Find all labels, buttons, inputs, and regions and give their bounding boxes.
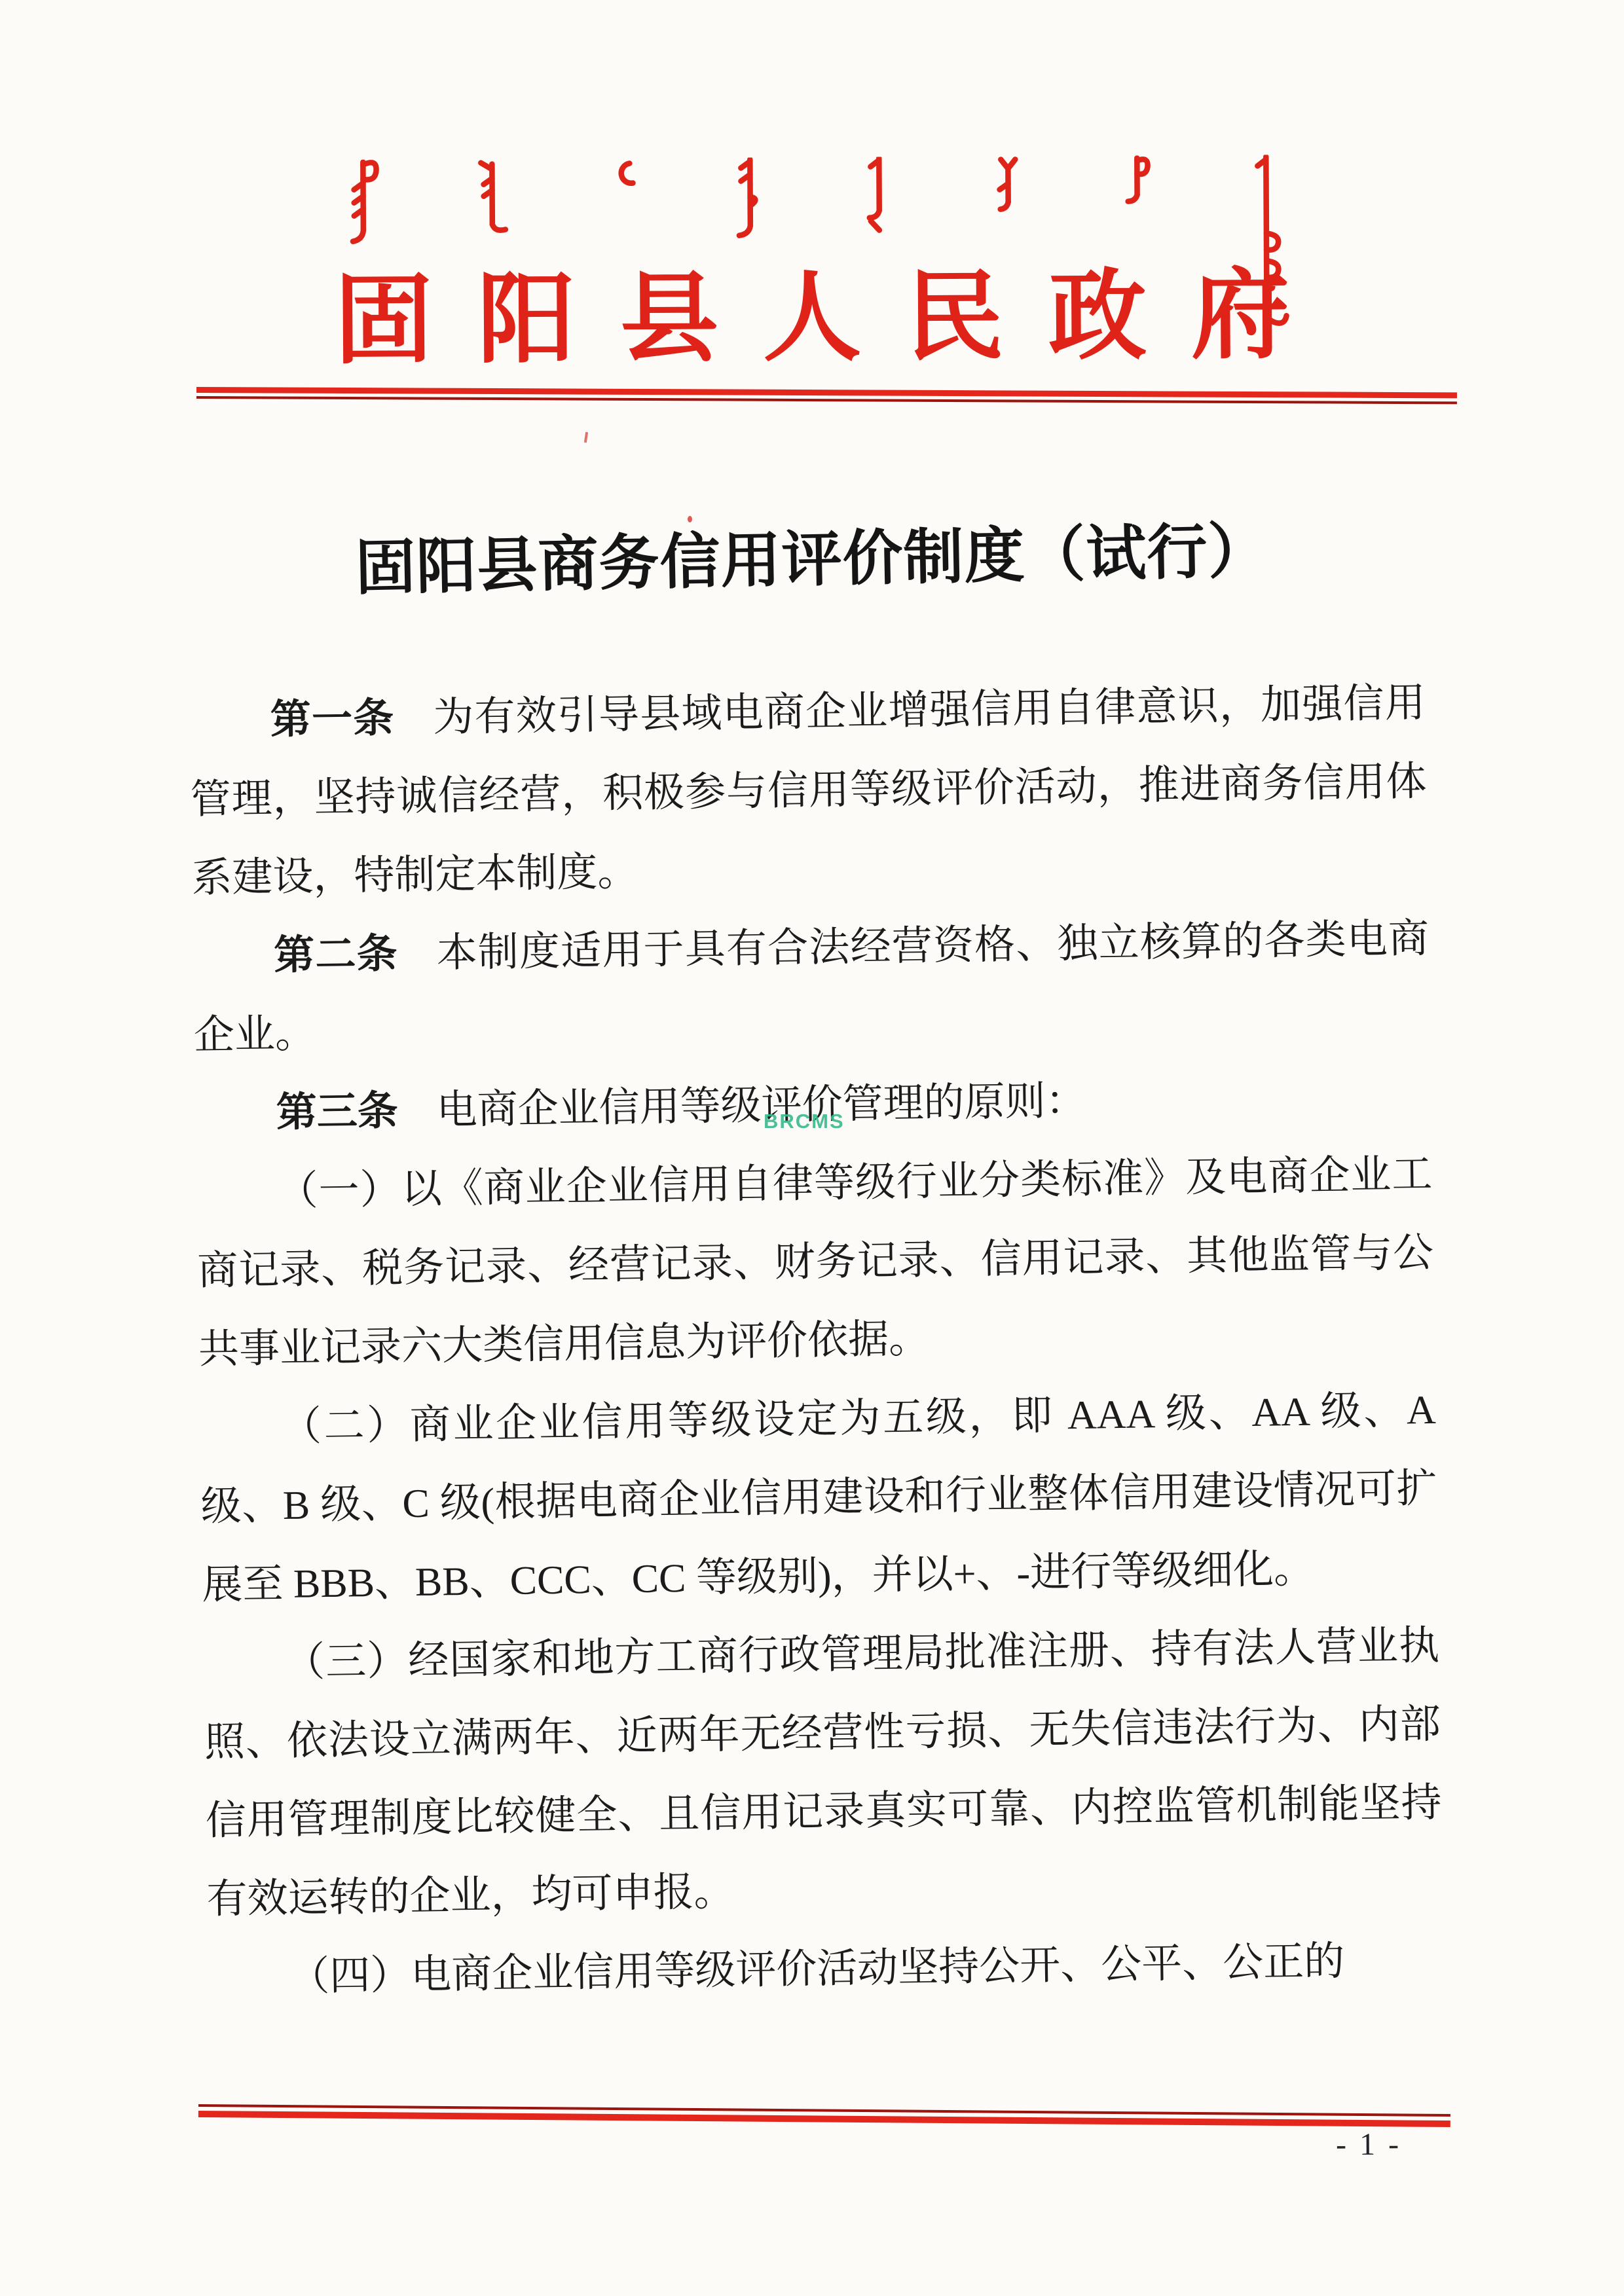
article-paragraph: （二）商业企业信用等级设定为五级，即 AAA 级、AA 级、A 级、B 级、C … [199, 1371, 1439, 1625]
document-page: 固阳县人民政府 固阳县商务信用评价制度（试行） 第一条为有效引导县域电商企业增强… [0, 0, 1624, 2296]
article-paragraph: 第一条为有效引导县域电商企业增强信用自律意识，加强信用管理，坚持诚信经营，积极参… [189, 664, 1428, 918]
letterhead-divider [196, 387, 1457, 404]
article-text: （一）以《商业企业信用自律等级行业分类标准》及电商企业工商记录、税务记录、经营记… [197, 1152, 1434, 1372]
watermark: BRCMS [764, 1110, 845, 1133]
article-text: （四）电商企业信用等级评价活动坚持公开、公平、公正的 [289, 1939, 1345, 1999]
scan-speck [688, 516, 692, 522]
article-text: （二）商业企业信用等级设定为五级，即 AAA 级、AA 级、A 级、B 级、C … [200, 1388, 1437, 1608]
government-name: 固阳县人民政府 [0, 263, 1624, 374]
article-paragraph: 第二条本制度适用于具有合法经营资格、独立核算的各类电商企业。 [192, 900, 1430, 1075]
document-body: 第一条为有效引导县域电商企业增强信用自律意识，加强信用管理，坚持诚信经营，积极参… [189, 664, 1445, 2018]
article-number: 第二条 [274, 931, 399, 978]
article-paragraph: （三）经国家和地方工商行政管理局批准注册、持有法人营业执照、依法设立满两年、近两… [202, 1607, 1443, 1939]
article-paragraph: （一）以《商业企业信用自律等级行业分类标准》及电商企业工商记录、税务记录、经营记… [196, 1135, 1435, 1389]
scan-speck [584, 432, 588, 443]
page-number: - 1 - [1303, 2124, 1434, 2164]
footer-divider [198, 2104, 1450, 2127]
article-number: 第一条 [270, 695, 395, 742]
article-text: 电商企业信用等级评价管理的原则： [436, 1079, 1086, 1133]
article-number: 第三条 [276, 1088, 398, 1135]
document-title: 固阳县商务信用评价制度（试行） [0, 508, 1624, 611]
article-text: （三）经国家和地方工商行政管理局批准注册、持有法人营业执照、依法设立满两年、近两… [204, 1624, 1443, 1922]
